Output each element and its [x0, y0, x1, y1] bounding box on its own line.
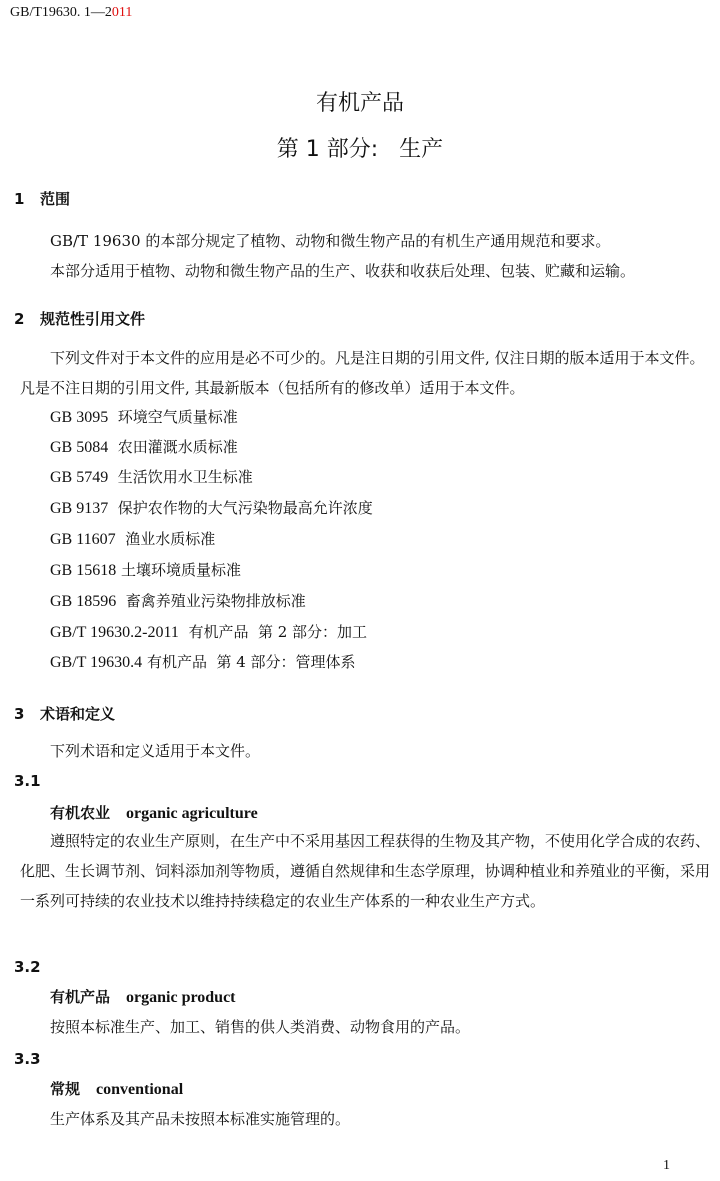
reference-item: GB 5749 生活饮用水卫生标准 — [50, 466, 253, 487]
term-heading: 有机产品organic product — [50, 986, 236, 1007]
term-cn: 有机农业 — [50, 804, 110, 822]
reference-item: GB/T 19630.2-2011 有机产品 第 2 部分：加工 — [50, 621, 367, 642]
term-cn: 常规 — [50, 1080, 80, 1098]
term-definition: 遵照特定的农业生产原则，在生产中不采用基因工程获得的生物及其产物，不使用化学合成… — [20, 826, 710, 916]
term-en: organic product — [126, 989, 235, 1006]
term-number: 3.1 — [14, 772, 41, 790]
reference-title: 畜禽养殖业污染物排放标准 — [126, 592, 306, 610]
term-definition: 生产体系及其产品未按照本标准实施管理的。 — [50, 1108, 350, 1129]
reference-title: 生活饮用水卫生标准 — [118, 468, 253, 486]
reference-code: GB 15618 — [50, 562, 116, 579]
subtitle-text: 第 1 部分: 生产 — [277, 137, 443, 162]
reference-title: 环境空气质量标准 — [118, 408, 238, 426]
standard-code-year-red: 011 — [112, 5, 132, 20]
reference-item: GB 11607 渔业水质标准 — [50, 528, 215, 549]
standard-code-black: GB/T19630. 1—2 — [10, 5, 112, 20]
reference-item: GB 18596 畜禽养殖业污染物排放标准 — [50, 590, 306, 611]
section-title: 规范性引用文件 — [40, 310, 145, 328]
section-2-intro: 下列文件对于本文件的应用是必不可少的。凡是注日期的引用文件, 仅注日期的版本适用… — [20, 343, 710, 403]
page-number: 1 — [663, 1158, 670, 1174]
term-definition: 按照本标准生产、加工、销售的供人类消费、动物食用的产品。 — [50, 1016, 470, 1037]
reference-code: GB 18596 — [50, 593, 116, 610]
term-en: organic agriculture — [126, 805, 258, 822]
section-number: 3 — [14, 705, 40, 723]
reference-item: GB/T 19630.4 有机产品 第 4 部分：管理体系 — [50, 651, 356, 672]
reference-item: GB 9137 保护农作物的大气污染物最高允许浓度 — [50, 497, 373, 518]
section-title: 术语和定义 — [40, 705, 115, 723]
section-2-heading: 2规范性引用文件 — [14, 308, 145, 329]
reference-item: GB 3095 环境空气质量标准 — [50, 406, 238, 427]
reference-code: GB 11607 — [50, 531, 116, 548]
standard-code-header: GB/T19630. 1—2011 — [10, 5, 132, 21]
reference-item: GB 5084 农田灌溉水质标准 — [50, 436, 238, 457]
reference-title: 土壤环境质量标准 — [121, 561, 241, 579]
section-number: 2 — [14, 310, 40, 328]
section-1-paragraph: 本部分适用于植物、动物和微生物产品的生产、收获和收获后处理、包装、贮藏和运输。 — [50, 260, 635, 281]
section-title: 范围 — [40, 190, 70, 208]
reference-title: 农田灌溉水质标准 — [118, 438, 238, 456]
section-3-intro: 下列术语和定义适用于本文件。 — [50, 740, 260, 761]
reference-code: GB 3095 — [50, 409, 108, 426]
term-number: 3.2 — [14, 958, 41, 976]
document-title: 有机产品 — [0, 86, 720, 117]
section-number: 1 — [14, 190, 40, 208]
reference-code: GB/T 19630.2-2011 — [50, 624, 179, 641]
reference-title: 保护农作物的大气污染物最高允许浓度 — [118, 499, 373, 517]
reference-code: GB 9137 — [50, 500, 108, 517]
reference-code: GB 5749 — [50, 469, 108, 486]
section-1-heading: 1范围 — [14, 188, 70, 209]
reference-title: 有机产品 第 2 部分：加工 — [188, 623, 367, 641]
reference-item: GB 15618 土壤环境质量标准 — [50, 559, 241, 580]
term-heading: 常规conventional — [50, 1078, 183, 1099]
document-subtitle: 第 1 部分: 生产 — [0, 132, 720, 163]
reference-title: 有机产品 第 4 部分：管理体系 — [147, 653, 356, 671]
reference-title: 渔业水质标准 — [125, 530, 215, 548]
reference-code: GB/T 19630.4 — [50, 654, 142, 671]
section-3-heading: 3术语和定义 — [14, 703, 115, 724]
term-heading: 有机农业organic agriculture — [50, 802, 258, 823]
reference-code: GB 5084 — [50, 439, 108, 456]
section-1-paragraph: GB/T 19630 的本部分规定了植物、动物和微生物产品的有机生产通用规范和要… — [50, 230, 610, 251]
term-number: 3.3 — [14, 1050, 41, 1068]
term-en: conventional — [96, 1081, 183, 1098]
term-cn: 有机产品 — [50, 988, 110, 1006]
